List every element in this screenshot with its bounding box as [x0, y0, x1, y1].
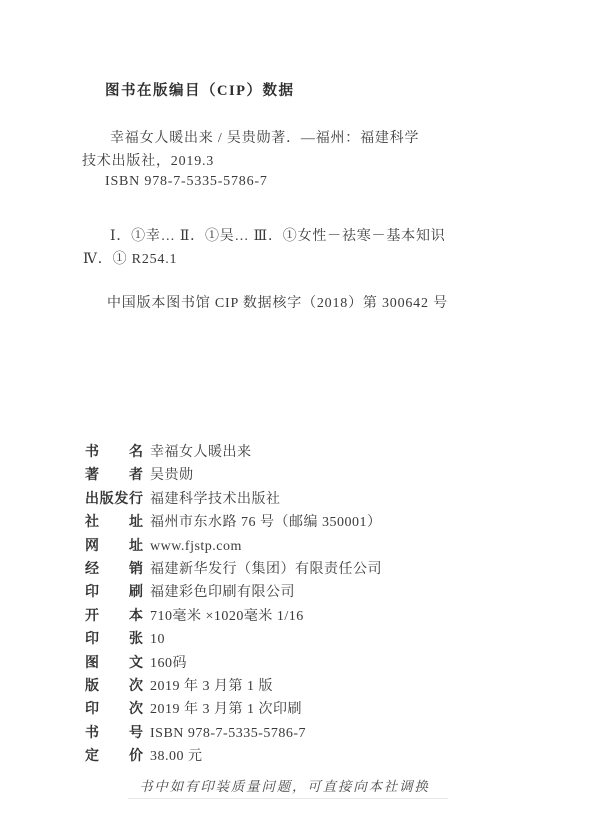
table-row-impression: 印次2019 年 3 月第 1 次印刷: [85, 698, 382, 721]
row-value: 福建新华发行（集团）有限责任公司: [150, 562, 382, 577]
table-row-edition: 版次2019 年 3 月第 1 版: [85, 675, 382, 698]
row-value: 福建科学技术出版社: [150, 492, 281, 507]
row-label: 定价: [85, 745, 143, 768]
row-label: 印次: [85, 698, 143, 721]
cip-entry-line-1: 幸福女人暖出来 / 吴贵勋著．—福州：福建科学: [110, 127, 419, 147]
row-value: 2019 年 3 月第 1 版: [150, 679, 273, 694]
row-label: 出版发行: [85, 488, 143, 511]
table-row-printer: 印刷福建彩色印刷有限公司: [85, 581, 382, 604]
table-row-publisher: 出版发行福建科学技术出版社: [85, 488, 382, 511]
row-label: 印张: [85, 628, 143, 651]
colophon-table: 书名幸福女人暖出来 著者吴贵勋 出版发行福建科学技术出版社 社址福州市东水路 7…: [85, 441, 382, 768]
table-row-format: 开本710毫米 ×1020毫米 1/16: [85, 605, 382, 628]
row-value: 38.00 元: [150, 749, 203, 764]
row-value: 160码: [150, 656, 187, 671]
cip-title: 图书在版编目（CIP）数据: [105, 79, 294, 100]
table-row-distributor: 经销福建新华发行（集团）有限责任公司: [85, 558, 382, 581]
table-row-website: 网址www.fjstp.com: [85, 535, 382, 558]
cip-record-number: 中国版本图书馆 CIP 数据核字（2018）第 300642 号: [107, 292, 448, 312]
row-value: 710毫米 ×1020毫米 1/16: [150, 609, 304, 624]
row-value: 福州市东水路 76 号（邮编 350001）: [150, 515, 382, 530]
table-row-isbn: 书号ISBN 978-7-5335-5786-7: [85, 722, 382, 745]
table-row-sheets: 印张10: [85, 628, 382, 651]
row-label: 书号: [85, 722, 143, 745]
row-value: 幸福女人暖出来: [150, 445, 252, 460]
row-value: 吴贵勋: [150, 468, 194, 483]
cip-entry-line-2: 技术出版社，2019.3: [82, 150, 214, 170]
row-label: 社址: [85, 511, 143, 534]
row-value: 10: [150, 632, 165, 647]
cip-classification-line-2: Ⅳ．① R254.1: [83, 248, 177, 268]
divider: [128, 798, 448, 799]
row-label: 著者: [85, 464, 143, 487]
row-label: 版次: [85, 675, 143, 698]
row-label: 印刷: [85, 581, 143, 604]
row-value: 2019 年 3 月第 1 次印刷: [150, 702, 302, 717]
cip-classification-line-1: Ⅰ．①幸… Ⅱ．①吴… Ⅲ．①女性－祛寒－基本知识: [110, 225, 446, 245]
row-label: 图文: [85, 652, 143, 675]
quality-note: 书中如有印装质量问题，可直接向本社调换: [139, 775, 430, 795]
row-label: 开本: [85, 605, 143, 628]
table-row-author: 著者吴贵勋: [85, 464, 382, 487]
row-value: ISBN 978-7-5335-5786-7: [150, 726, 306, 741]
book-copyright-page: 图书在版编目（CIP）数据 幸福女人暖出来 / 吴贵勋著．—福州：福建科学 技术…: [0, 0, 600, 831]
row-value: www.fjstp.com: [150, 539, 242, 554]
table-row-price: 定价38.00 元: [85, 745, 382, 768]
row-value: 福建彩色印刷有限公司: [150, 585, 295, 600]
cip-isbn-line: ISBN 978-7-5335-5786-7: [105, 174, 268, 190]
table-row-book-title: 书名幸福女人暖出来: [85, 441, 382, 464]
row-label: 经销: [85, 558, 143, 581]
row-label: 网址: [85, 535, 143, 558]
row-label: 书名: [85, 441, 143, 464]
table-row-address: 社址福州市东水路 76 号（邮编 350001）: [85, 511, 382, 534]
table-row-pages: 图文160码: [85, 652, 382, 675]
